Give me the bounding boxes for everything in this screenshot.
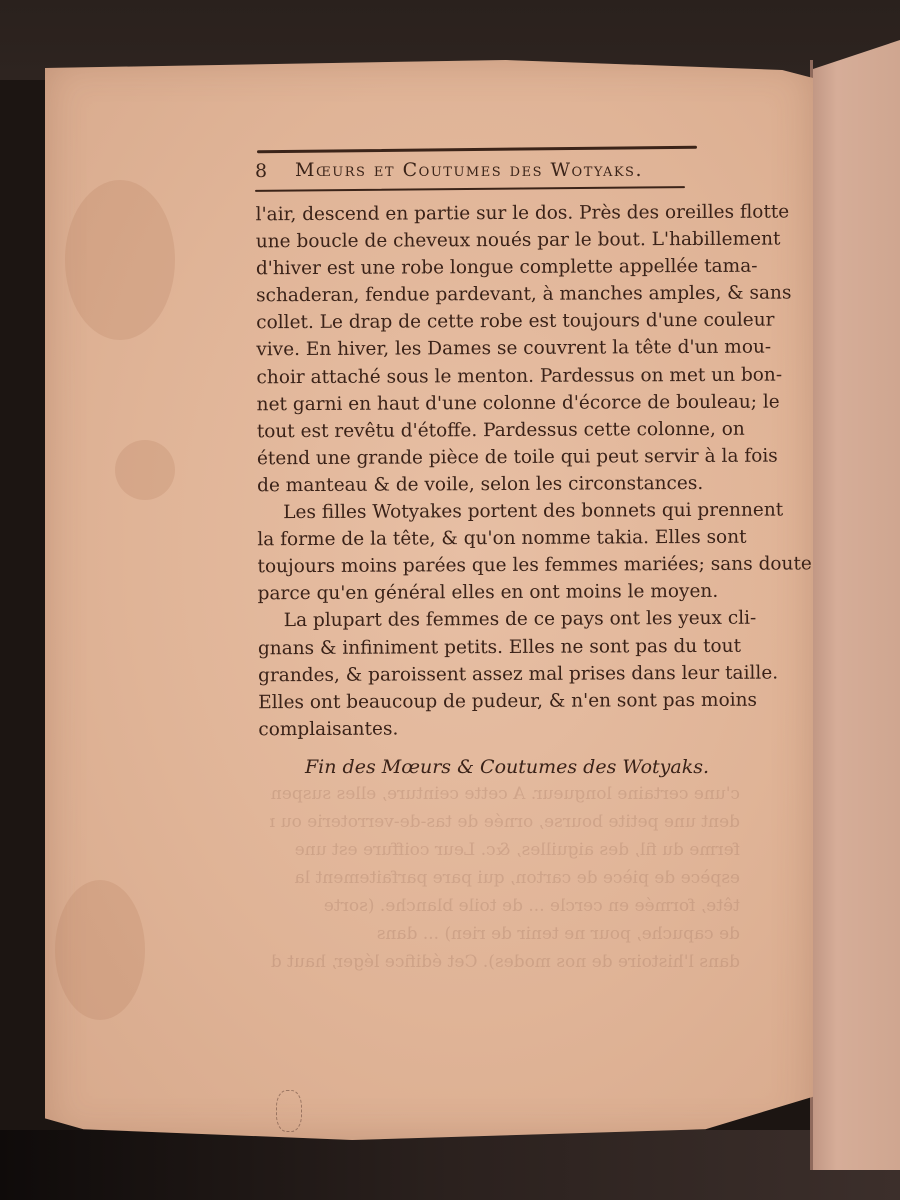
text-line: toujours moins parées que les femmes mar… (257, 551, 737, 581)
page-header: 8 Mœurs et Coutumes des Wotyaks. (255, 148, 700, 190)
text-line: parce qu'en général elles en ont moins l… (258, 578, 738, 608)
text-line: grandes, & paroissent assez mal prises d… (258, 659, 738, 689)
running-head: Mœurs et Coutumes des Wotyaks. (295, 159, 643, 181)
text-line: schaderan, fendue pardevant, à manches a… (256, 280, 736, 310)
text-line: l'air, descend en partie sur le dos. Prè… (256, 199, 736, 229)
text-line: une boucle de cheveux noués par le bout.… (256, 226, 736, 256)
library-stamp-mark (276, 1090, 302, 1132)
background-table (0, 1130, 900, 1200)
facing-page (810, 40, 900, 1170)
foxing-stain (115, 440, 175, 500)
text-line: tout est revêtu d'étoffe. Pardessus cett… (257, 415, 737, 445)
body-text: l'air, descend en partie sur le dos. Prè… (256, 199, 739, 743)
text-line: Elles ont beaucoup de pudeur, & n'en son… (258, 686, 738, 716)
show-through-text: c'une certaine longueur. A cette ceintur… (270, 780, 740, 976)
text-line: la forme de la tête, & qu'on nomme takia… (257, 524, 737, 554)
text-line: gnans & infiniment petits. Elles ne sont… (258, 632, 738, 662)
text-line: net garni en haut d'une colonne d'écorce… (257, 388, 737, 418)
text-line: Les filles Wotyakes portent des bonnets … (257, 497, 737, 527)
colophon: Fin des Mœurs & Coutumes des Wotyaks. (305, 756, 709, 778)
text-line: étend une grande pièce de toile qui peut… (257, 443, 737, 473)
text-line: de manteau & de voile, selon les circons… (257, 470, 737, 500)
text-line: vive. En hiver, les Dames se couvrent la… (256, 334, 736, 364)
text-line: La plupart des femmes de ce pays ont les… (258, 605, 738, 635)
page-number: 8 (255, 160, 267, 182)
foxing-stain (65, 180, 175, 340)
text-line: collet. Le drap de cette robe est toujou… (256, 307, 736, 337)
text-line: d'hiver est une robe longue complette ap… (256, 253, 736, 283)
text-line: complaisantes. (258, 714, 738, 744)
foxing-stain (55, 880, 145, 1020)
text-line: choir attaché sous le menton. Pardessus … (256, 361, 736, 391)
